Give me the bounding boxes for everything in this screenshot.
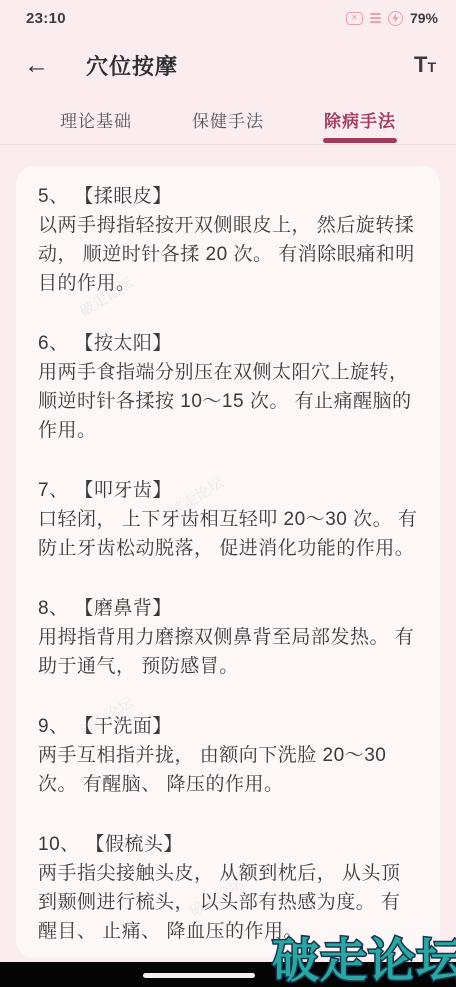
tab-theory-basics[interactable]: 理论基础 bbox=[60, 94, 132, 144]
battery-percent: 79% bbox=[410, 10, 438, 26]
article-content-card[interactable]: 破走论坛 破走论坛 破走论坛 破走论坛 5、 【揉眼皮】 以两手拇指轻按开双侧眼… bbox=[16, 166, 440, 958]
back-button[interactable]: ← bbox=[24, 53, 58, 78]
system-navigation-bar bbox=[0, 962, 456, 987]
text-size-icon: T bbox=[414, 52, 427, 78]
tab-active-indicator bbox=[323, 138, 397, 143]
tab-disease-removal-techniques[interactable]: 除病手法 bbox=[324, 94, 396, 144]
status-bar: 23:10 ✕ 79% bbox=[0, 0, 456, 36]
step-heading: 6、 【按太阳】 bbox=[38, 329, 418, 358]
massage-step-10: 10、 【假梳头】 两手指尖接触头皮， 从额到枕后， 从头顶到颞侧进行梳头， 以… bbox=[38, 830, 418, 946]
step-heading: 7、 【叩牙齿】 bbox=[38, 476, 418, 505]
step-heading: 5、 【揉眼皮】 bbox=[38, 182, 418, 211]
massage-step-9: 9、 【干洗面】 两手互相指并拢， 由额向下洗脸 20～30 次。 有醒脑、 降… bbox=[38, 712, 418, 799]
tabs-divider bbox=[0, 144, 456, 145]
signal-icon bbox=[370, 13, 381, 23]
app-header: ← 穴位按摩 T T bbox=[0, 36, 456, 94]
text-size-button[interactable]: T T bbox=[414, 52, 436, 78]
massage-step-5: 5、 【揉眼皮】 以两手拇指轻按开双侧眼皮上， 然后旋转揉动， 顺逆时针各揉 2… bbox=[38, 182, 418, 298]
massage-step-8: 8、 【磨鼻背】 用拇指背用力磨擦双侧鼻背至局部发热。 有助于通气， 预防感冒。 bbox=[38, 594, 418, 681]
step-heading: 8、 【磨鼻背】 bbox=[38, 594, 418, 623]
tab-bar: 理论基础 保健手法 除病手法 bbox=[0, 94, 456, 144]
no-sim-icon: ✕ bbox=[346, 12, 363, 25]
step-body: 用两手食指端分别压在双侧太阳穴上旋转， 顺逆时针各揉按 10～15 次。 有止痛… bbox=[38, 358, 418, 445]
step-heading: 9、 【干洗面】 bbox=[38, 712, 418, 741]
step-body: 两手互相指并拢， 由额向下洗脸 20～30 次。 有醒脑、 降压的作用。 bbox=[38, 741, 418, 799]
step-body: 两手指尖接触头皮， 从额到枕后， 从头顶到颞侧进行梳头， 以头部有热感为度。 有… bbox=[38, 859, 418, 946]
massage-step-6: 6、 【按太阳】 用两手食指端分别压在双侧太阳穴上旋转， 顺逆时针各揉按 10～… bbox=[38, 329, 418, 445]
massage-step-7: 7、 【叩牙齿】 口轻闭， 上下牙齿相互轻叩 20～30 次。 有防止牙齿松动脱… bbox=[38, 476, 418, 563]
clock: 23:10 bbox=[26, 10, 66, 27]
step-body: 以两手拇指轻按开双侧眼皮上， 然后旋转揉动， 顺逆时针各揉 20 次。 有消除眼… bbox=[38, 211, 418, 298]
step-body: 口轻闭， 上下牙齿相互轻叩 20～30 次。 有防止牙齿松动脱落， 促进消化功能… bbox=[38, 505, 418, 563]
page-title: 穴位按摩 bbox=[86, 50, 178, 81]
status-icons: ✕ 79% bbox=[346, 10, 438, 26]
home-indicator[interactable] bbox=[143, 973, 255, 978]
step-body: 用拇指背用力磨擦双侧鼻背至局部发热。 有助于通气， 预防感冒。 bbox=[38, 623, 418, 681]
lightning-bolt-icon bbox=[391, 13, 400, 23]
app-screen: 23:10 ✕ 79% ← 穴位按摩 T T 理论基础 保健手法 bbox=[0, 0, 456, 987]
battery-charging-icon bbox=[388, 11, 403, 26]
step-heading: 10、 【假梳头】 bbox=[38, 830, 418, 859]
tab-healthcare-techniques[interactable]: 保健手法 bbox=[192, 94, 264, 144]
